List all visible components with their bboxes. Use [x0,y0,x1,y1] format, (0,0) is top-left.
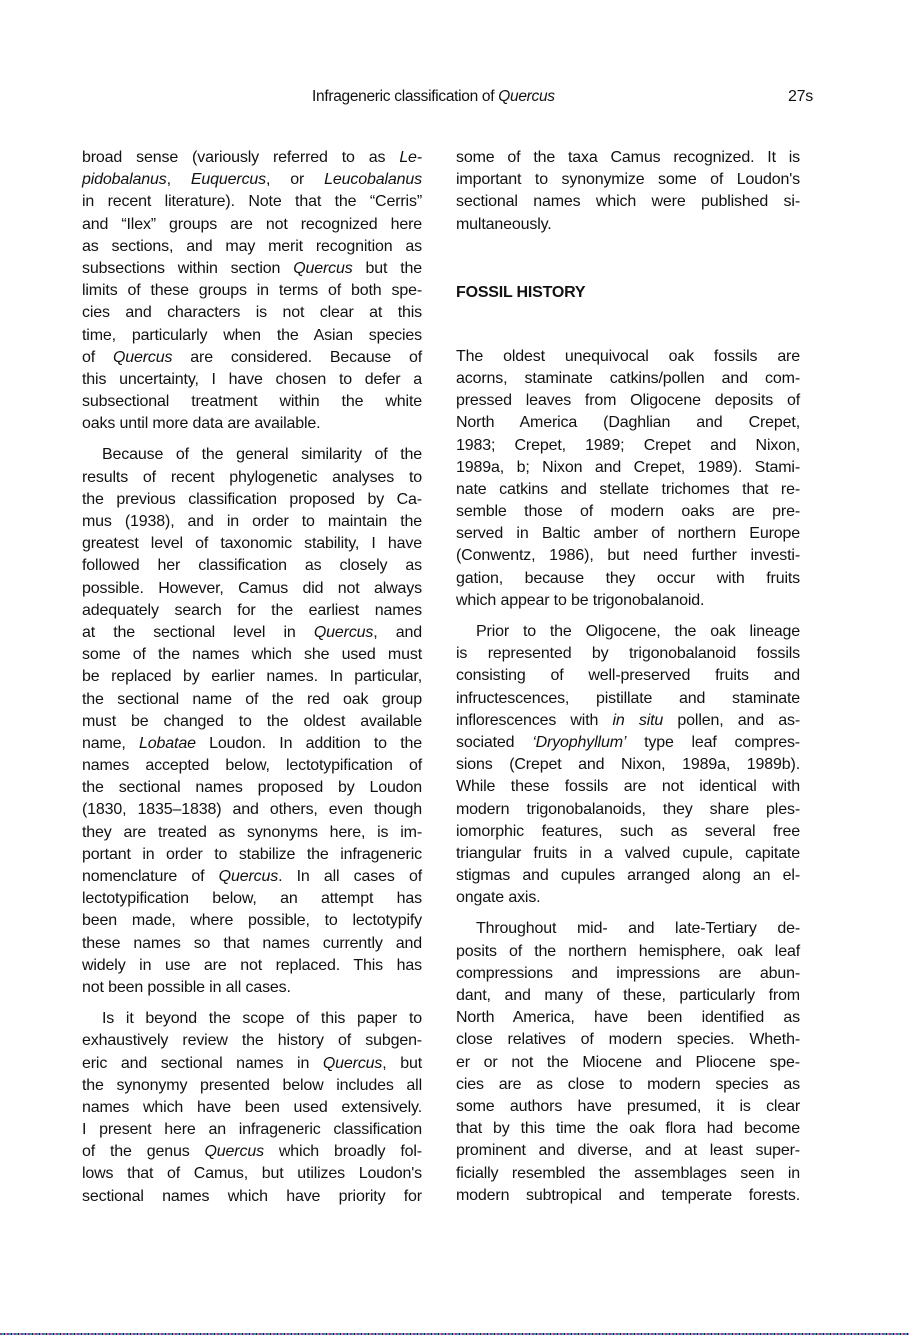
italic-term: Quercus [323,1055,382,1072]
text-line: lows that of Camus, but utilizes Loudon'… [82,1163,422,1185]
italic-term: Quercus [314,624,373,641]
text-line: posits of the northern hemisphere, oak l… [456,941,800,963]
text-line: North America, have been identified as [456,1007,800,1029]
text-line: these names so that names currently and [82,933,422,955]
italic-term: in situ [613,712,664,729]
text-line: results of recent phylogenetic analyses … [82,467,422,489]
text-line: exhaustively review the history of subge… [82,1030,422,1052]
text-line: ficially resembled the assemblages seen … [456,1163,800,1185]
text-line: pidobalanus, Euquercus, or Leucobalanus [82,169,422,191]
text-line: time, particularly when the Asian specie… [82,325,422,347]
text-line: nomenclature of Quercus. In all cases of [82,866,422,888]
text-line: modern trigonobalanoids, they share ples… [456,799,800,821]
text-line: iomorphic features, such as several free [456,821,800,843]
text-line: subsections within section Quercus but t… [82,258,422,280]
text-line: important to synonymize some of Loudon's [456,169,800,191]
text-line: the synonymy presented below includes al… [82,1075,422,1097]
text-line: The oldest unequivocal oak fossils are [456,346,800,368]
intro-paragraph: some of the taxa Camus recognized. It is… [456,147,800,236]
text-line: of the genus Quercus which broadly fol- [82,1141,422,1163]
text-line: and “Ilex” groups are not recognized her… [82,214,422,236]
text-line: adequately search for the earliest names [82,600,422,622]
text-line: stigmas and cupules arranged along an el… [456,865,800,887]
text-line: cies and characters is not clear at this [82,302,422,324]
text-line: (1830, 1835–1838) and others, even thoug… [82,799,422,821]
italic-term: Leucobalanus [324,171,422,188]
text-line: in recent literature). Note that the “Ce… [82,191,422,213]
text-line: which appear to be trigonobalanoid. [456,590,800,612]
text-line: possible. However, Camus did not always [82,578,422,600]
text-line: lectotypification below, an attempt has [82,888,422,910]
italic-term: ‘Dryophyllum’ [532,734,626,751]
text-line: er or not the Miocene and Pliocene spe- [456,1052,800,1074]
text-line: dant, and many of these, particularly fr… [456,985,800,1007]
text-line: ongate axis. [456,887,800,909]
running-title: Infrageneric classification of Quercus [312,88,555,106]
text-line: infructescences, pistillate and staminat… [456,688,800,710]
paragraph: Prior to the Oligocene, the oak lineagei… [456,621,800,909]
paragraph: The oldest unequivocal oak fossils areac… [456,346,800,612]
paragraph: some of the taxa Camus recognized. It is… [456,147,800,236]
text-line: While these fossils are not identical wi… [456,776,800,798]
text-line: widely in use are not replaced. This has [82,955,422,977]
text-line: modern subtropical and temperate forests… [456,1185,800,1207]
running-title-italic: Quercus [498,88,554,105]
text-line: at the sectional level in Quercus, and [82,622,422,644]
text-line: semble those of modern oaks are pre- [456,501,800,523]
paragraph: Throughout mid- and late-Tertiary de-pos… [456,918,800,1206]
text-line: names accepted below, lectotypification … [82,755,422,777]
text-line: portant in order to stabilize the infrag… [82,844,422,866]
text-line: of Quercus are considered. Because of [82,347,422,369]
text-line: they are treated as synonyms here, is im… [82,822,422,844]
text-line: acorns, staminate catkins/pollen and com… [456,368,800,390]
text-line: 1989a, b; Nixon and Crepet, 1989). Stami… [456,457,800,479]
text-line: cies are as close to modern species as [456,1074,800,1096]
text-line: sions (Crepet and Nixon, 1989a, 1989b). [456,754,800,776]
italic-term: Euquercus [191,171,266,188]
text-line: name, Lobatae Loudon. In addition to the [82,733,422,755]
text-line: I present here an infrageneric classific… [82,1119,422,1141]
text-line: eric and sectional names in Quercus, but [82,1053,422,1075]
italic-term: Quercus [113,349,172,366]
page-number: 27s [788,88,813,106]
text-line: triangular fruits in a valved cupule, ca… [456,843,800,865]
text-line: nate catkins and stellate trichomes that… [456,479,800,501]
italic-term: pidobalanus [82,171,167,188]
text-line: served in Baltic amber of northern Europ… [456,523,800,545]
fossil-history-body: The oldest unequivocal oak fossils areac… [456,346,800,1207]
running-title-text: Infrageneric classification of [312,88,498,105]
text-line: oaks until more data are available. [82,413,422,435]
section-heading-fossil-history: FOSSIL HISTORY [456,282,800,304]
text-line: mus (1938), and in order to maintain the [82,511,422,533]
italic-term: Lobatae [139,735,196,752]
text-line: be replaced by earlier names. In particu… [82,666,422,688]
text-line: the sectional names proposed by Loudon [82,777,422,799]
text-line: as sections, and may merit recognition a… [82,236,422,258]
text-line: some authors have presumed, it is clear [456,1096,800,1118]
paragraph: Because of the general similarity of the… [82,444,422,999]
text-line: greatest level of taxonomic stability, I… [82,533,422,555]
text-line: Is it beyond the scope of this paper to [82,1008,422,1030]
text-line: subsectional treatment within the white [82,391,422,413]
italic-term: Quercus [205,1143,264,1160]
text-line: this uncertainty, I have chosen to defer… [82,369,422,391]
text-line: close relatives of modern species. Wheth… [456,1029,800,1051]
text-line: compressions and impressions are abun- [456,963,800,985]
text-line: limits of these groups in terms of both … [82,280,422,302]
running-head: Infrageneric classification of Quercus 2… [0,88,909,112]
text-line: must be changed to the oldest available [82,711,422,733]
text-line: gation, because they occur with fruits [456,568,800,590]
text-line: North America (Daghlian and Crepet, [456,412,800,434]
text-line: inflorescences with in situ pollen, and … [456,710,800,732]
text-line: 1983; Crepet, 1989; Crepet and Nixon, [456,435,800,457]
paragraph: Is it beyond the scope of this paper toe… [82,1008,422,1208]
text-line: Prior to the Oligocene, the oak lineage [456,621,800,643]
left-column: broad sense (variously referred to as Le… [82,147,422,1208]
text-line: some of the taxa Camus recognized. It is [456,147,800,169]
text-line: sociated ‘Dryophyllum’ type leaf compres… [456,732,800,754]
text-line: consisting of well-preserved fruits and [456,665,800,687]
text-line: sectional names which have priority for [82,1186,422,1208]
text-line: multaneously. [456,214,800,236]
text-line: names which have been used extensively. [82,1097,422,1119]
text-line: prominent and diverse, and at least supe… [456,1140,800,1162]
text-line: pressed leaves from Oligocene deposits o… [456,390,800,412]
text-line: (Conwentz, 1986), but need further inves… [456,545,800,567]
text-line: sectional names which were published si- [456,191,800,213]
right-column: some of the taxa Camus recognized. It is… [456,147,800,1207]
italic-term: Quercus [293,260,352,277]
italic-term: Le- [399,149,422,166]
paragraph: broad sense (variously referred to as Le… [82,147,422,435]
italic-term: Quercus [219,868,278,885]
text-line: some of the names which she used must [82,644,422,666]
text-line: broad sense (variously referred to as Le… [82,147,422,169]
text-line: followed her classification as closely a… [82,555,422,577]
text-line: not been possible in all cases. [82,977,422,999]
text-line: Throughout mid- and late-Tertiary de- [456,918,800,940]
text-line: that by this time the oak flora had beco… [456,1118,800,1140]
text-line: Because of the general similarity of the [82,444,422,466]
text-line: been made, where possible, to lectotypif… [82,910,422,932]
text-line: is represented by trigonobalanoid fossil… [456,643,800,665]
text-line: the previous classification proposed by … [82,489,422,511]
text-line: the sectional name of the red oak group [82,689,422,711]
